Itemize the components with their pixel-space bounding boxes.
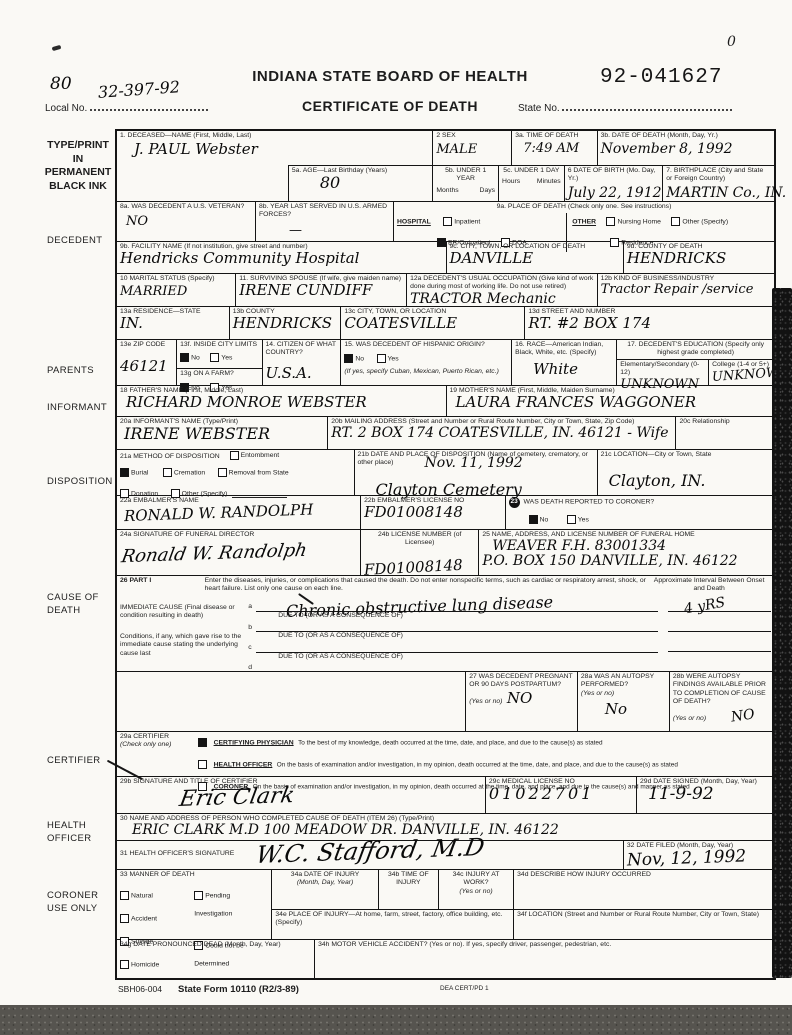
field-birthplace: 7. BIRTHPLACE (City and State or Foreign… xyxy=(662,165,774,201)
form-row: 10 MARITAL STATUS (Specify) MARRIED 11. … xyxy=(117,273,774,306)
field-funeral-director-signature-value: Ronald W. Randolph xyxy=(120,542,309,567)
form-row: 20a INFORMANT'S NAME (Type/Print) IRENE … xyxy=(117,416,774,449)
checkbox-inpatient xyxy=(443,217,452,226)
field-pregnant-label: 27 WAS DECEDENT PREGNANT OR 90 DAYS POST… xyxy=(469,673,574,690)
field-hispanic-origin-note: (If yes, specify Cuban, Mexican, Puerto … xyxy=(344,368,508,376)
field-pregnant-note: (Yes or no) xyxy=(469,698,502,705)
sidebar-instruction: TYPE/PRINT IN PERMANENT BLACK INK xyxy=(38,139,118,194)
field-manner-of-death-label: 33 MANNER OF DEATH xyxy=(120,871,268,879)
local-no: Local No. 32-397-92 xyxy=(45,100,208,114)
field-certifier-signature-label: 29b SIGNATURE AND TITLE OF CERTIFIER xyxy=(120,778,482,786)
field-injury-location: 34f LOCATION (Street and Number or Rural… xyxy=(513,910,774,939)
field-motor-vehicle-accident-label: 34h MOTOR VEHICLE ACCIDENT? (Yes or no).… xyxy=(318,941,771,949)
field-time-of-death-value: 7:49 AM xyxy=(523,142,593,156)
checkbox-cremation xyxy=(163,468,172,477)
checkbox-coroner-no xyxy=(529,515,538,524)
scan-edge-texture-right xyxy=(772,288,792,978)
field-certifier-label: 29a CERTIFIER xyxy=(120,733,198,741)
field-relationship: 20c Relationship xyxy=(675,417,774,449)
field-education-elementary-label: Elementary/Secondary (0-12) xyxy=(620,361,705,378)
checkbox-certifying-physician xyxy=(198,738,207,747)
checkbox-nursing-home-label: Nursing Home xyxy=(617,219,660,226)
checkbox-other-specify xyxy=(671,217,680,226)
field-injury-at-work: 34c INJURY AT WORK? (Yes or no) xyxy=(438,870,513,909)
other-group-label: OTHER xyxy=(572,219,596,226)
conditions-label: Conditions, if any, which gave rise to t… xyxy=(120,633,248,658)
field-time-of-death: 3a. TIME OF DEATH 7:49 AM xyxy=(511,131,596,165)
sidebar-label-decedent: DECEDENT xyxy=(47,235,102,248)
field-funeral-director-signature: 24a SIGNATURE OF FUNERAL DIRECTOR Ronald… xyxy=(117,530,360,575)
field-date-of-birth: 6 DATE OF BIRTH (Mo. Day, Yr.) July 22, … xyxy=(564,165,663,201)
field-birthplace-value: MARTIN Co., IN. xyxy=(666,186,771,201)
checkbox-city-limits-yes xyxy=(210,353,219,362)
checkbox-hispanic-no-label: No xyxy=(355,356,364,363)
field-date-pronounced-dead-label: 34g DATE PRONOUNCED DEAD (Month, Day, Ye… xyxy=(120,941,311,949)
field-education: 17. DECEDENT'S EDUCATION (Specify only h… xyxy=(616,340,774,385)
field-occupation-value: TRACTOR Mechanic xyxy=(410,292,594,307)
field-autopsy-note: (Yes or no) xyxy=(581,690,666,698)
field-director-license: 24b LICENSE NUMBER (of Licensee) FD01008… xyxy=(360,530,478,575)
field-autopsy-findings-value: NO xyxy=(730,707,756,725)
form-row: 13a RESIDENCE—STATE IN. 13b COUNTY HENDR… xyxy=(117,306,774,339)
scan-edge-texture-bottom xyxy=(0,1005,792,1035)
checkbox-nursing-home xyxy=(606,217,615,226)
field-under-1-day-minutes-label: Minutes xyxy=(537,178,561,186)
field-certifier-signature-value: Eric Clark xyxy=(178,785,297,812)
footer-dea-code: DEA CERT/PD 1 xyxy=(440,985,489,992)
field-date-of-birth-value: July 22, 1912 xyxy=(568,186,660,201)
field-father-name: 18 FATHER'S NAME (First, Middle, Last) R… xyxy=(117,386,446,416)
checkbox-inpatient-label: Inpatient xyxy=(454,219,480,226)
field-medical-license-value: 01022701 xyxy=(489,786,633,803)
field-funeral-home-value2: P.O. BOX 150 DANVILLE, IN. 46122 xyxy=(482,554,771,569)
field-city-limits-farm: 13f. INSIDE CITY LIMITS No Yes 13g ON A … xyxy=(176,340,261,385)
form-row: 33 MANNER OF DEATH Natural Accident Suic… xyxy=(117,869,774,939)
checkbox-entombment xyxy=(230,451,239,460)
field-date-signed: 29d DATE SIGNED (Month, Day, Year) 11-9-… xyxy=(636,777,774,813)
field-occupation-label: 12a DECEDENT'S USUAL OCCUPATION (Give ki… xyxy=(410,275,594,292)
field-disposition-location-label: 21c LOCATION—City or Town, State xyxy=(601,451,771,459)
form-row: 1. DECEASED—NAME (First, Middle, Last) J… xyxy=(117,131,774,165)
field-sex: 2 SEX MALE xyxy=(432,131,511,165)
form-header: INDIANA STATE BOARD OF HEALTH CERTIFICAT… xyxy=(225,68,555,114)
field-sex-label: 2 SEX xyxy=(436,132,508,140)
certifying-physician-desc: To the best of my knowledge, death occur… xyxy=(298,739,602,746)
field-residence-city-value: COATESVILLE xyxy=(344,316,521,332)
field-place-of-death-label: 9a. PLACE OF DEATH (Check only one. See … xyxy=(397,203,771,211)
form-row: 22a EMBALMER'S NAME RONALD W. RANDOLPH 2… xyxy=(117,495,774,529)
part1-label: 26 PART I xyxy=(120,577,205,594)
field-occupation: 12a DECEDENT'S USUAL OCCUPATION (Give ki… xyxy=(406,274,597,306)
checkbox-natural xyxy=(120,891,129,900)
local-no-value: 32-397-92 xyxy=(98,79,181,101)
field-date-pronounced-dead: 34g DATE PRONOUNCED DEAD (Month, Day, Ye… xyxy=(117,940,314,978)
field-manner-of-death: 33 MANNER OF DEATH Natural Accident Suic… xyxy=(117,870,271,939)
interval-header: Approximate Interval Between Onset and D… xyxy=(647,577,771,594)
form-row: 34g DATE PRONOUNCED DEAD (Month, Day, Ye… xyxy=(117,939,774,978)
checkbox-health-officer xyxy=(198,760,207,769)
field-medical-license: 29c MEDICAL LICENSE NO 01022701 xyxy=(485,777,636,813)
footer-form-name: State Form 10110 (R2/3-89) xyxy=(178,984,299,995)
field-date-signed-value: 11-9-92 xyxy=(648,786,771,804)
checkbox-hispanic-no xyxy=(344,354,353,363)
field-veteran-value: NO xyxy=(126,215,252,229)
field-certifier: 29a CERTIFIER (Check only one) CERTIFYIN… xyxy=(117,732,774,776)
checkbox-coroner-yes-label: Yes xyxy=(578,516,589,523)
field-how-injury-occurred-label: 34d DESCRIBE HOW INJURY OCCURRED xyxy=(517,871,771,879)
field-inside-city-limits: 13f. INSIDE CITY LIMITS No Yes xyxy=(177,340,261,368)
field-marital-status-value: MARRIED xyxy=(120,285,232,299)
part1-instructions: Enter the diseases, injuries, or complic… xyxy=(205,577,648,594)
field-deceased-name: 1. DECEASED—NAME (First, Middle, Last) J… xyxy=(117,131,432,165)
field-certifier-note: (Check only one) xyxy=(120,741,198,749)
field-funeral-home: 25 NAME, ADDRESS, AND LICENSE NUMBER OF … xyxy=(478,530,774,575)
form-row: 29b SIGNATURE AND TITLE OF CERTIFIER Eri… xyxy=(117,776,774,813)
checkbox-removal-from-state-label: Removal from State xyxy=(229,470,289,477)
field-method-of-disposition-label: 21a METHOD OF DISPOSITION xyxy=(120,453,220,460)
field-informant-address-value: RT. 2 BOX 174 COATESVILLE, IN. 46121 - W… xyxy=(331,426,672,441)
field-deceased-name-label: 1. DECEASED—NAME (First, Middle, Last) xyxy=(120,132,429,140)
local-no-dotted-line xyxy=(90,100,208,111)
sidebar-label-certifier: CERTIFIER xyxy=(47,755,101,768)
field-race: 16. RACE—American Indian, Black, White, … xyxy=(511,340,616,385)
field-citizen-of-value: U.S.A. xyxy=(266,366,338,382)
field-surviving-spouse-value: IRENE CUNDIFF xyxy=(239,283,403,299)
field-age-label: 5a. AGE—Last Birthday (Years) xyxy=(292,167,430,175)
field-date-filed: 32 DATE FILED (Month, Day, Year) Nov, 12… xyxy=(623,841,774,869)
field-time-of-death-label: 3a. TIME OF DEATH xyxy=(515,132,593,140)
field-education-elementary: Elementary/Secondary (0-12) UNKNOWN xyxy=(617,360,708,386)
field-date-of-death-value: November 8, 1992 xyxy=(601,142,771,157)
due-to-b: DUE TO (OR AS A CONSEQUENCE OF) xyxy=(278,632,658,640)
field-deceased-name-value: J. PAUL Webster xyxy=(134,142,429,158)
field-health-officer-signature-value: W.C. Stafford, M.D xyxy=(254,835,486,868)
field-age-value: 80 xyxy=(320,175,430,192)
field-embalmer-name-value: RONALD W. RANDOLPH xyxy=(124,501,357,525)
field-zip-code: 13e ZIP CODE 46121 xyxy=(117,340,176,385)
field-place-of-death: 9a. PLACE OF DEATH (Check only one. See … xyxy=(393,202,774,241)
checkbox-accident xyxy=(120,914,129,923)
field-marital-status-label: 10 MARITAL STATUS (Specify) xyxy=(120,275,232,283)
field-informant-name-value: IRENE WEBSTER xyxy=(124,426,324,443)
field-sex-value: MALE xyxy=(436,143,508,157)
field-hispanic-origin: 15. WAS DECEDENT OF HISPANIC ORIGIN? No … xyxy=(340,340,511,385)
field-veteran: 8a. WAS DECEDENT A U.S. VETERAN? NO xyxy=(117,202,255,241)
field-residence-state-value: IN. xyxy=(120,316,226,332)
local-no-prefix: 80 xyxy=(50,76,72,94)
field-mother-name: 19 MOTHER'S NAME (First, Middle, Maiden … xyxy=(446,386,775,416)
field-disposition-location: 21c LOCATION—City or Town, State Clayton… xyxy=(597,450,774,495)
certificate-number: 92-041627 xyxy=(600,66,722,89)
field-place-of-injury: 34e PLACE OF INJURY—At home, farm, stree… xyxy=(272,910,513,939)
sidebar-label-disposition: DISPOSITION xyxy=(47,476,113,489)
field-disposition-date-value: Nov. 11, 1992 xyxy=(425,456,523,471)
field-inside-city-limits-label: 13f. INSIDE CITY LIMITS xyxy=(180,341,258,349)
state-no: State No. xyxy=(518,100,732,114)
field-race-label: 16. RACE—American Indian, Black, White, … xyxy=(515,341,613,358)
field-embalmer-license-value: FD01008148 xyxy=(364,505,502,521)
field-education-label: 17. DECEDENT'S EDUCATION (Specify only h… xyxy=(617,340,774,359)
field-injury-at-work-label: 34c INJURY AT WORK? xyxy=(442,871,510,888)
field-on-a-farm-label: 13g ON A FARM? xyxy=(180,370,258,378)
hospital-group-label: HOSPITAL xyxy=(397,219,431,226)
checkbox-burial-label: Burial xyxy=(131,470,148,477)
state-no-dotted-line xyxy=(562,100,732,111)
field-education-college-value: UNKNOWN xyxy=(712,367,772,385)
field-pregnant-value: NO xyxy=(507,689,532,707)
field-23-number-badge: 23 xyxy=(509,497,520,508)
field-birthplace-label: 7. BIRTHPLACE (City and State or Foreign… xyxy=(666,167,771,184)
field-age: 5a. AGE—Last Birthday (Years) 80 xyxy=(288,165,433,201)
field-part2-value xyxy=(150,673,462,689)
field-disposition-date-place: 21b DATE AND PLACE OF DISPOSITION (Name … xyxy=(354,450,597,495)
field-informant-name: 20a INFORMANT'S NAME (Type/Print) IRENE … xyxy=(117,417,327,449)
form-row: 13e ZIP CODE 46121 13f. INSIDE CITY LIMI… xyxy=(117,339,774,385)
sidebar-label-coroner-use-only: CORONER USE ONLY xyxy=(47,890,98,916)
field-under-1-day-label: 5c. UNDER 1 DAY xyxy=(502,167,561,175)
field-funeral-home-value1: WEAVER F.H. 83001334 xyxy=(492,539,771,554)
field-how-injury-occurred: 34d DESCRIBE HOW INJURY OCCURRED xyxy=(513,870,774,909)
immediate-cause-label: IMMEDIATE CAUSE (Final disease or condit… xyxy=(120,604,248,621)
footer-form-code: SBH06-004 xyxy=(118,984,162,994)
field-informant-address: 20b MAILING ADDRESS (Street and Number o… xyxy=(327,417,675,449)
form-row: 9b. FACILITY NAME (If not institution, g… xyxy=(117,241,774,273)
checkbox-hispanic-yes-label: Yes xyxy=(388,356,399,363)
sidebar-label-health-officer: HEALTH OFFICER xyxy=(47,820,92,846)
field-date-of-injury-label: 34a DATE OF INJURY xyxy=(275,871,374,879)
field-funeral-director-signature-label: 24a SIGNATURE OF FUNERAL DIRECTOR xyxy=(120,531,357,539)
sidebar-label-informant: INFORMANT xyxy=(47,402,107,415)
field-industry-value: Tractor Repair /service xyxy=(601,283,771,297)
checkbox-coroner-yes xyxy=(567,515,576,524)
sidebar-label-cause-of-death: CAUSE OF DEATH xyxy=(47,592,99,618)
field-under-1-year-days-label: Days xyxy=(480,187,496,195)
field-relationship-label: 20c Relationship xyxy=(679,418,771,426)
form-row: 24a SIGNATURE OF FUNERAL DIRECTOR Ronald… xyxy=(117,529,774,575)
field-county-of-death: 9d. COUNTY OF DEATH HENDRICKS xyxy=(623,242,774,273)
checkbox-burial xyxy=(120,468,129,477)
line-a-letter: a xyxy=(248,603,252,611)
field-citizen-of: 14. CITIZEN OF WHAT COUNTRY? U.S.A. xyxy=(262,340,341,385)
field-veteran-label: 8a. WAS DECEDENT A U.S. VETERAN? xyxy=(120,203,252,211)
certifying-physician-label: CERTIFYING PHYSICIAN xyxy=(214,739,294,746)
checkbox-coroner-no-label: No xyxy=(540,516,549,523)
due-to-c: DUE TO (OR AS A CONSEQUENCE OF) xyxy=(278,653,658,661)
form-row: 31 HEALTH OFFICER'S SIGNATURE W.C. Staff… xyxy=(117,840,774,869)
field-health-officer-signature: 31 HEALTH OFFICER'S SIGNATURE W.C. Staff… xyxy=(117,841,623,869)
field-date-of-birth-label: 6 DATE OF BIRTH (Mo. Day, Yr.) xyxy=(568,167,660,184)
checkbox-removal-from-state xyxy=(218,468,227,477)
field-surviving-spouse: 11. SURVIVING SPOUSE (If wife, give maid… xyxy=(235,274,406,306)
field-date-of-injury: 34a DATE OF INJURY (Month, Day, Year) xyxy=(272,870,377,909)
field-motor-vehicle-accident: 34h MOTOR VEHICLE ACCIDENT? (Yes or no).… xyxy=(314,940,774,978)
field-under-1-year: 5b. UNDER 1 YEAR Months Days xyxy=(432,165,498,201)
field-race-value: White xyxy=(533,362,613,378)
field-marital-status: 10 MARITAL STATUS (Specify) MARRIED xyxy=(117,274,235,306)
field-residence-county: 13b COUNTY HENDRICKS xyxy=(229,307,341,339)
field-autopsy-label: 28a WAS AN AUTOPSY PERFORMED? xyxy=(581,673,666,690)
health-officer-desc: On the basis of examination and/or inves… xyxy=(277,761,678,768)
field-zip-code-label: 13e ZIP CODE xyxy=(120,341,173,349)
checkbox-other-specify-label: Other (Specify) xyxy=(682,219,728,226)
ink-smudge xyxy=(52,45,62,51)
sidebar-label-parents: PARENTS xyxy=(47,365,94,378)
field-zip-code-value: 46121 xyxy=(120,359,173,375)
field-autopsy-value: No xyxy=(605,702,666,718)
checkbox-cremation-label: Cremation xyxy=(174,470,205,477)
form-row: 8a. WAS DECEDENT A U.S. VETERAN? NO 8b. … xyxy=(117,201,774,241)
agency-title: INDIANA STATE BOARD OF HEALTH xyxy=(225,68,555,85)
field-cause-of-death-part1: 26 PART I Enter the diseases, injuries, … xyxy=(117,576,774,671)
field-autopsy-findings-note: (Yes or no) xyxy=(673,715,706,722)
field-facility-name: 9b. FACILITY NAME (If not institution, g… xyxy=(117,242,446,273)
field-under-1-year-label: 5b. UNDER 1 YEAR xyxy=(436,167,495,184)
form-row: 21a METHOD OF DISPOSITION Entombment Bur… xyxy=(117,449,774,495)
checkbox-natural-label: Natural xyxy=(131,893,153,900)
line-c-letter: c xyxy=(248,644,251,652)
field-date-of-injury-note: (Month, Day, Year) xyxy=(275,879,374,887)
field-date-of-death: 3b. DATE OF DEATH (Month, Day, Yr.) Nove… xyxy=(597,131,774,165)
death-certificate-scan: 0 80 Local No. 32-397-92 INDIANA STATE B… xyxy=(0,0,792,1035)
checkbox-hispanic-yes xyxy=(377,354,386,363)
form-row: 26 PART I Enter the diseases, injuries, … xyxy=(117,575,774,671)
field-father-name-value: RICHARD MONROE WEBSTER xyxy=(126,395,443,411)
field-reported-to-coroner-label: WAS DEATH REPORTED TO CORONER? xyxy=(524,498,655,505)
field-hispanic-origin-label: 15. WAS DECEDENT OF HISPANIC ORIGIN? xyxy=(344,341,508,349)
field-director-license-label: 24b LICENSE NUMBER (of Licensee) xyxy=(364,531,475,548)
field-autopsy-findings-label: 28b WERE AUTOPSY FINDINGS AVAILABLE PRIO… xyxy=(673,673,771,707)
local-no-label: Local No. xyxy=(45,103,87,114)
field-industry: 12b KIND OF BUSINESS/INDUSTRY Tractor Re… xyxy=(597,274,774,306)
checkbox-city-limits-no xyxy=(180,353,189,362)
field-reported-to-coroner: 23 WAS DEATH REPORTED TO CORONER? No Yes xyxy=(505,496,774,529)
field-embalmer-license: 22b EMBALMER'S LICENSE NO FD01008148 xyxy=(360,496,505,529)
field-pregnant: 27 WAS DECEDENT PREGNANT OR 90 DAYS POST… xyxy=(465,672,577,731)
field-health-officer-signature-label: 31 HEALTH OFFICER'S SIGNATURE xyxy=(120,850,234,858)
document-title: CERTIFICATE OF DEATH xyxy=(225,98,555,114)
field-city-of-death-value: DANVILLE xyxy=(450,251,620,267)
field-year-last-served-value: — xyxy=(289,224,390,238)
field-year-last-served: 8b. YEAR LAST SERVED IN U.S. ARMED FORCE… xyxy=(255,202,393,241)
field-time-of-injury: 34b TIME OF INJURY xyxy=(378,870,438,909)
form-row: 18 FATHER'S NAME (First, Middle, Last) R… xyxy=(117,385,774,416)
field-city-of-death: 9c. CITY, TOWN, OR LOCATION OF DEATH DAN… xyxy=(446,242,623,273)
field-county-of-death-value: HENDRICKS xyxy=(627,251,771,267)
field-residence-city: 13c CITY, TOWN, OR LOCATION COATESVILLE xyxy=(340,307,524,339)
state-no-label: State No. xyxy=(518,103,560,114)
line-b-letter: b xyxy=(248,624,252,632)
corner-handwritten-mark: 0 xyxy=(727,34,736,50)
checkbox-entombment-label: Entombment xyxy=(241,452,280,459)
health-officer-label: HEALTH OFFICER xyxy=(214,761,273,768)
field-method-of-disposition: 21a METHOD OF DISPOSITION Entombment Bur… xyxy=(117,450,354,495)
checkbox-pending-investigation xyxy=(194,891,203,900)
checkbox-accident-label: Accident xyxy=(131,916,157,923)
certificate-form: 1. DECEASED—NAME (First, Middle, Last) J… xyxy=(115,129,776,980)
field-injury-at-work-note: (Yes or no) xyxy=(442,888,510,896)
checkbox-city-limits-no-label: No xyxy=(191,355,200,362)
field-under-1-year-months-label: Months xyxy=(436,187,458,195)
field-citizen-of-label: 14. CITIZEN OF WHAT COUNTRY? xyxy=(266,341,338,358)
field-year-last-served-label: 8b. YEAR LAST SERVED IN U.S. ARMED FORCE… xyxy=(259,203,390,220)
form-row: 5a. AGE—Last Birthday (Years) 80 5b. UND… xyxy=(117,165,774,201)
form-row: 27 WAS DECEDENT PREGNANT OR 90 DAYS POST… xyxy=(117,671,774,731)
field-place-of-injury-label: 34e PLACE OF INJURY—At home, farm, stree… xyxy=(275,911,510,928)
field-facility-name-value: Hendricks Community Hospital xyxy=(120,251,443,267)
form-row: 29a CERTIFIER (Check only one) CERTIFYIN… xyxy=(117,731,774,776)
checkbox-city-limits-yes-label: Yes xyxy=(221,355,232,362)
field-mother-name-value: LAURA FRANCES WAGGONER xyxy=(456,395,772,411)
field-autopsy: 28a WAS AN AUTOPSY PERFORMED? (Yes or no… xyxy=(577,672,669,731)
field-under-1-day-hours-label: Hours xyxy=(502,178,520,186)
field-disposition-location-value: Clayton, IN. xyxy=(609,473,771,490)
field-part2 xyxy=(117,672,465,731)
field-autopsy-findings: 28b WERE AUTOPSY FINDINGS AVAILABLE PRIO… xyxy=(669,672,774,731)
field-date-filed-value: Nov, 12, 1992 xyxy=(627,848,772,871)
field-education-college: College (1-4 or 5+) UNKNOWN xyxy=(708,360,774,386)
field-certifier-signature: 29b SIGNATURE AND TITLE OF CERTIFIER Eri… xyxy=(117,777,485,813)
field-embalmer-name: 22a EMBALMER'S NAME RONALD W. RANDOLPH xyxy=(117,496,360,529)
field-residence-county-value: HENDRICKS xyxy=(233,316,338,332)
field-injury-location-label: 34f LOCATION (Street and Number or Rural… xyxy=(517,911,771,919)
field-under-1-day: 5c. UNDER 1 DAY Hours Minutes xyxy=(498,165,564,201)
field-name-overflow-area xyxy=(117,165,288,201)
field-residence-street-value: RT. #2 BOX 174 xyxy=(528,316,771,332)
field-date-of-death-label: 3b. DATE OF DEATH (Month, Day, Yr.) xyxy=(601,132,771,140)
field-residence-street: 13d STREET AND NUMBER RT. #2 BOX 174 xyxy=(524,307,774,339)
field-time-of-injury-label: 34b TIME OF INJURY xyxy=(382,871,435,888)
field-residence-state: 13a RESIDENCE—STATE IN. xyxy=(117,307,229,339)
